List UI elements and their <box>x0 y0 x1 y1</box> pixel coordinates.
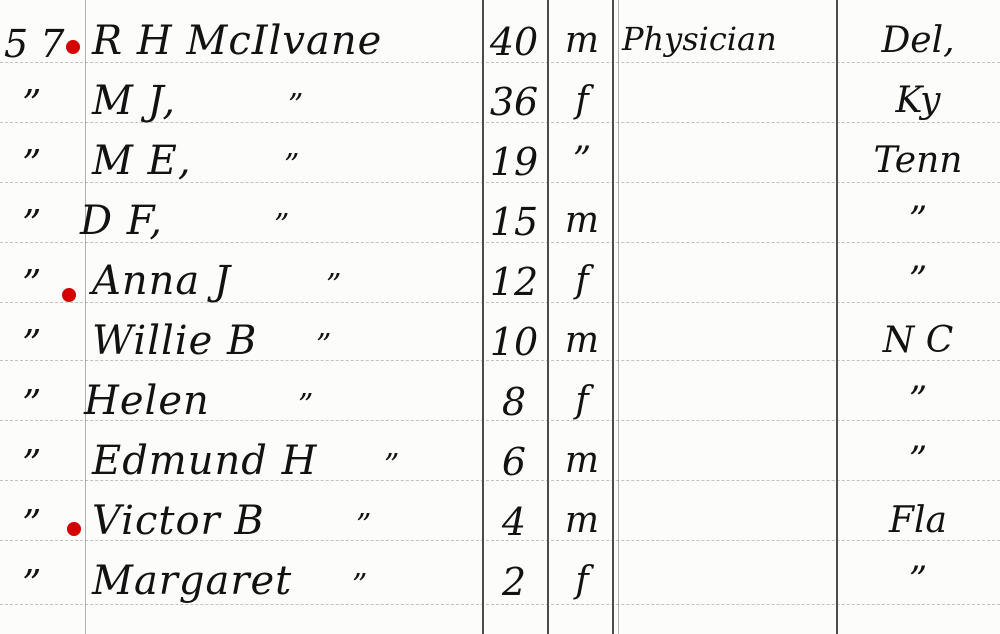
person-sex: f <box>552 260 612 301</box>
person-sex: f <box>552 560 612 601</box>
person-sex: m <box>552 320 612 361</box>
surname-ditto: ” <box>274 208 289 243</box>
person-sex: m <box>552 440 612 481</box>
person-name: Edmund H <box>92 438 317 484</box>
person-age: 6 <box>484 440 544 484</box>
family-number-ditto: ” <box>22 202 41 246</box>
person-age: 12 <box>484 260 544 304</box>
person-birthplace: Del, <box>848 20 988 61</box>
person-birthplace: ” <box>848 560 988 601</box>
person-birthplace: N C <box>848 320 988 361</box>
family-number-ditto: ” <box>22 82 41 126</box>
red-marker-dot <box>62 288 76 302</box>
surname-ditto: ” <box>288 88 303 123</box>
table-row: ” Helen ” 8 f ” <box>0 374 1000 434</box>
surname-ditto: ” <box>326 268 341 303</box>
table-row: ” M E, ” 19 ” Tenn <box>0 134 1000 194</box>
table-row: ” Anna J ” 12 f ” <box>0 254 1000 314</box>
person-age: 10 <box>484 320 544 364</box>
surname-ditto: ” <box>352 568 367 603</box>
person-birthplace: ” <box>848 380 988 421</box>
person-age: 40 <box>484 20 544 64</box>
family-number-ditto: ” <box>22 442 41 486</box>
person-age: 36 <box>484 80 544 124</box>
person-name: D F, <box>80 198 163 244</box>
family-number-ditto: ” <box>22 322 41 366</box>
person-age: 19 <box>484 140 544 184</box>
family-number-ditto: ” <box>22 502 41 546</box>
red-marker-dot <box>67 522 81 536</box>
person-name: Helen <box>84 378 210 424</box>
table-row: ” M J, ” 36 f Ky <box>0 74 1000 134</box>
person-name: Margaret <box>92 558 292 604</box>
table-row: ” Willie B ” 10 m N C <box>0 314 1000 374</box>
person-birthplace: ” <box>848 200 988 241</box>
surname-ditto: ” <box>384 448 399 483</box>
person-birthplace: ” <box>848 260 988 301</box>
surname-ditto: ” <box>298 388 313 423</box>
person-occupation: Physician <box>622 20 777 58</box>
person-name: Victor B <box>92 498 265 544</box>
family-number: 5 7 <box>4 22 64 66</box>
family-number-ditto: ” <box>22 142 41 186</box>
person-sex: f <box>552 80 612 121</box>
red-marker-dot <box>66 40 80 54</box>
person-age: 15 <box>484 200 544 244</box>
person-birthplace: Fla <box>848 500 988 541</box>
table-row: ” D F, ” 15 m ” <box>0 194 1000 254</box>
table-row: 5 7 R H McIlvane 40 m Physician Del, <box>0 14 1000 74</box>
surname-ditto: ” <box>316 328 331 363</box>
table-row: ” Margaret ” 2 f ” <box>0 554 1000 614</box>
person-birthplace: ” <box>848 440 988 481</box>
person-age: 8 <box>484 380 544 424</box>
person-name: Anna J <box>92 258 231 304</box>
person-sex: m <box>552 200 612 241</box>
table-row: ” Edmund H ” 6 m ” <box>0 434 1000 494</box>
table-row: ” Victor B ” 4 m Fla <box>0 494 1000 554</box>
person-name: M J, <box>92 78 176 124</box>
person-sex: m <box>552 20 612 61</box>
person-name: Willie B <box>92 318 257 364</box>
person-sex: m <box>552 500 612 541</box>
family-number-ditto: ” <box>22 382 41 426</box>
surname-ditto: ” <box>284 148 299 183</box>
person-age: 4 <box>484 500 544 544</box>
family-number-ditto: ” <box>22 262 41 306</box>
census-page: 5 7 R H McIlvane 40 m Physician Del, ” M… <box>0 0 1000 634</box>
person-age: 2 <box>484 560 544 604</box>
person-name: R H McIlvane <box>92 18 382 64</box>
surname-ditto: ” <box>356 508 371 543</box>
person-name: M E, <box>92 138 192 184</box>
person-birthplace: Ky <box>848 80 988 121</box>
person-birthplace: Tenn <box>848 140 988 181</box>
family-number-ditto: ” <box>22 562 41 606</box>
person-sex: f <box>552 380 612 421</box>
person-sex: ” <box>552 140 612 181</box>
